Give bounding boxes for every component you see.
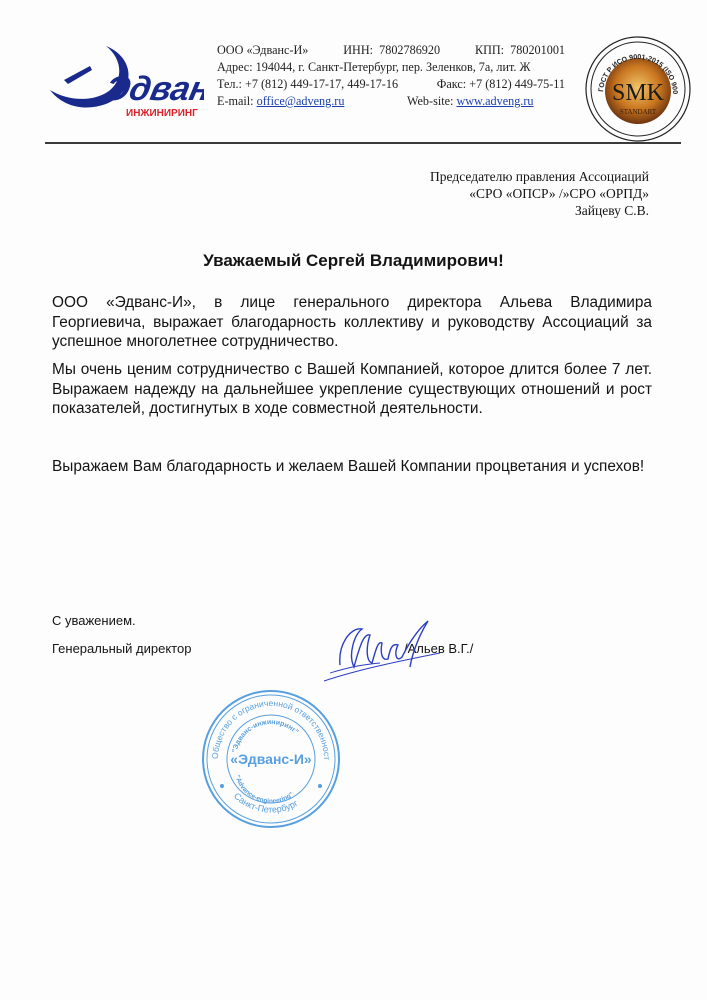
company-address: Адрес: 194044, г. Санкт-Петербург, пер. … [217,59,565,76]
salutation-heading: Уважаемый Сергей Владимирович! [0,251,707,271]
body-paragraph: Мы очень ценим сотрудничество с Вашей Ко… [52,360,652,419]
kpp-label: КПП: [475,43,504,57]
addressee-block: Председателю правления Ассоциаций «СРО «… [430,168,649,219]
svg-text:ИНЖИНИРИНГ: ИНЖИНИРИНГ [126,108,198,119]
round-seal-icon: Общество с ограниченной ответственностью… [200,688,342,830]
website-label: Web-site: [407,94,453,108]
handwritten-signature [320,615,450,685]
svg-text:«Эдванс-И»: «Эдванс-И» [230,751,312,767]
addressee-line: Председателю правления Ассоциаций [430,168,649,185]
logo-swoosh-icon: Эдванс ИНЖИНИРИНГ [44,40,204,120]
email-link[interactable]: office@adveng.ru [257,94,345,108]
addressee-line: «СРО «ОПСР» /»СРО «ОРПД» [430,185,649,202]
inn-value: 7802786920 [379,43,440,57]
body-paragraph: ООО «Эдванс-И», в лице генерального дире… [52,293,652,352]
company-logo: Эдванс ИНЖИНИРИНГ [44,40,204,120]
smk-seal-icon: ГОСТ Р ИСО 9001-2015 (ISO 9001:2015) SMK… [583,34,693,144]
inn-label: ИНН: [343,43,373,57]
phone: Тел.: +7 (812) 449-17-17, 449-17-16 [217,76,398,93]
svg-text:Эдванс: Эдванс [102,70,204,108]
company-registration-line: ООО «Эдванс-И» ИНН: 7802786920 КПП: 7802… [217,42,565,59]
email-label: E-mail: [217,94,254,108]
company-name: ООО «Эдванс-И» [217,42,308,59]
fax: Факс: +7 (812) 449-75-11 [437,76,565,93]
website-link[interactable]: www.adveng.ru [456,94,533,108]
letterhead-divider [45,142,681,144]
company-stamp: Общество с ограниченной ответственностью… [200,688,342,830]
svg-text:"Эдванс-инжиниринг": "Эдванс-инжиниринг" [232,719,300,754]
iso-certificate-badge: ГОСТ Р ИСО 9001-2015 (ISO 9001:2015) SMK… [583,34,693,144]
signature-scribble-icon [320,615,450,685]
company-details: ООО «Эдванс-И» ИНН: 7802786920 КПП: 7802… [217,42,565,110]
signer-position: Генеральный директор [52,641,191,656]
addressee-name: Зайцеву С.В. [430,202,649,219]
svg-text:SMK: SMK [612,80,665,106]
contact-web: E-mail: office@adveng.ru Web-site: www.a… [217,93,565,110]
closing-phrase: С уважением. [52,613,136,628]
contact-phones: Тел.: +7 (812) 449-17-17, 449-17-16 Факс… [217,76,565,93]
body-paragraph: Выражаем Вам благодарность и желаем Ваше… [52,457,652,477]
svg-text:STANDART: STANDART [620,108,657,116]
kpp-value: 780201001 [510,43,565,57]
